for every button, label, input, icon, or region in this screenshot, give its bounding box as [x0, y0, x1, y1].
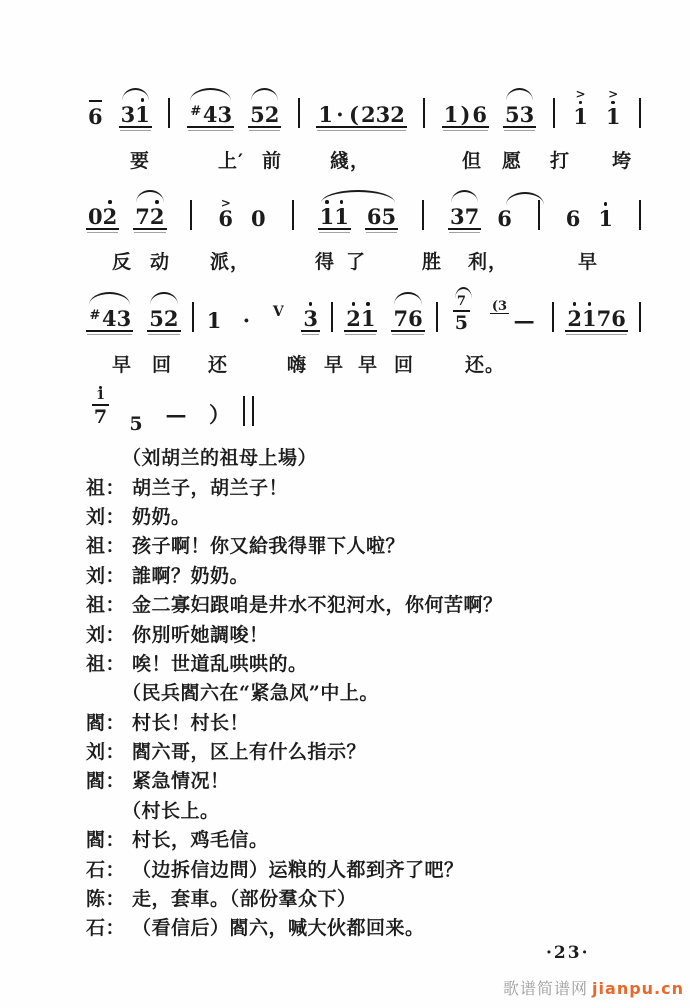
- measure: 2176: [565, 292, 628, 332]
- jianpu-note: 5: [250, 88, 265, 126]
- note-glyph: 2: [103, 206, 118, 228]
- jianpu-note: 6: [472, 88, 487, 126]
- dialogue-row: 刘：奶奶。: [0, 501, 690, 530]
- note-group: 53: [503, 88, 536, 128]
- note-group: (3—: [488, 294, 541, 332]
- note-glyph: 6: [472, 104, 487, 126]
- dialogue-row: 刘：閻六哥，区上有什么指示？: [0, 736, 690, 765]
- jianpu-note: >1: [573, 90, 588, 128]
- note-glyph: 0: [88, 206, 103, 228]
- octave-dot: [309, 302, 313, 306]
- speaker-label: 祖: [86, 531, 106, 558]
- note-group: 6: [564, 192, 583, 230]
- note-group: 17: [88, 386, 113, 426]
- music-system-4: 175—）: [88, 386, 255, 426]
- barline: [423, 98, 425, 128]
- note-group: 11: [318, 190, 351, 230]
- note-glyph: 6: [218, 208, 233, 230]
- lyric-syllable: 垮: [612, 146, 632, 173]
- note-glyph: 3: [303, 308, 318, 330]
- dialogue-text: 金二寡妇跟咱是井水不犯河水，你何苦啊？: [132, 590, 503, 617]
- note-group: 72: [133, 190, 166, 230]
- watermark: 歌谱简谱网jianpu.cn: [503, 976, 684, 999]
- jianpu-note: >1: [606, 90, 621, 128]
- note-glyph: 1: [582, 308, 597, 330]
- stacked-notes: 17: [90, 386, 111, 426]
- measure: 1)653: [442, 88, 537, 128]
- watermark-site-name: 歌谱简谱网: [503, 979, 588, 998]
- jianpu-note: 6: [88, 90, 103, 128]
- speaker-label: 石: [86, 855, 106, 882]
- speaker-colon: ：: [106, 473, 126, 500]
- lyric-syllable: 回: [152, 350, 172, 377]
- score-page: 631#43521·(2321)653>1>1 要上′前綫，但愿打垮 0272>…: [0, 0, 690, 1008]
- dialogue-text: 奶奶。: [132, 502, 191, 529]
- dialogue-row: 刘：誰啊？奶奶。: [0, 560, 690, 589]
- note-glyph: 5: [381, 206, 396, 228]
- dialogue-text: 胡兰子，胡兰子！: [132, 473, 288, 500]
- lyric-syllable: 反: [112, 247, 132, 274]
- dialogue-text: 閻六哥，区上有什么指示？: [132, 737, 366, 764]
- note-glyph: 5: [505, 104, 520, 126]
- upper-note: 7: [457, 296, 466, 307]
- jianpu-note: 6: [408, 292, 423, 330]
- note-glyph: 1: [334, 206, 349, 228]
- measure: #4352: [187, 88, 282, 128]
- barline: [436, 302, 438, 332]
- note-group: 1·(232: [316, 88, 407, 128]
- barline: [331, 302, 333, 332]
- note-glyph: 6: [611, 308, 626, 330]
- measure: 61: [564, 192, 615, 230]
- note-glyph: 3: [117, 308, 132, 330]
- jianpu-note: #: [88, 304, 102, 330]
- measure: 1·V3: [205, 292, 320, 332]
- speaker-label: 刘: [86, 502, 106, 529]
- dialogue-row: 石：（看信后）閻六，喊大伙都回来。: [0, 912, 690, 941]
- note-glyph: 5: [149, 308, 164, 330]
- note-group: 21: [344, 292, 377, 332]
- note-glyph: 5: [129, 413, 142, 435]
- measure: 75(3—: [449, 294, 541, 332]
- note-group: 65: [365, 190, 398, 230]
- octave-dot: [352, 302, 356, 306]
- speaker-colon: ：: [106, 531, 126, 558]
- jianpu-note: 1: [320, 190, 335, 228]
- note-group: 1: [596, 192, 615, 230]
- note-glyph: 6: [367, 206, 382, 228]
- speaker-label: 閻: [86, 708, 106, 735]
- jianpu-note: ): [458, 88, 472, 126]
- measure: 175—）: [88, 386, 232, 426]
- note-glyph: 2: [150, 206, 165, 228]
- note-glyph: 1: [573, 106, 588, 128]
- octave-dot: [366, 302, 370, 306]
- speaker-colon: ：: [106, 855, 126, 882]
- note-group: #43: [187, 88, 234, 128]
- note-glyph: (: [349, 104, 359, 126]
- measure: 631: [86, 88, 152, 128]
- jianpu-note: 5: [505, 88, 520, 126]
- dialogue-row: 刘：你別听她調唆！: [0, 618, 690, 647]
- lyric-syllable: 綫，: [330, 146, 370, 173]
- note-glyph: 1: [444, 104, 459, 126]
- jianpu-note: 1: [334, 190, 349, 228]
- barline: [639, 200, 641, 230]
- dialogue-row: 祖：胡兰子，胡兰子！: [0, 471, 690, 500]
- lyric-syllable: 要: [130, 146, 150, 173]
- speaker-label: 石: [86, 913, 106, 940]
- note-glyph: 4: [203, 104, 218, 126]
- note-glyph: 3: [121, 104, 136, 126]
- lyric-syllable: 早: [578, 247, 598, 274]
- dialogue-text: （看信后）閻六，喊大伙都回来。: [132, 913, 425, 940]
- note-glyph: 1: [318, 104, 333, 126]
- lyric-syllable: 嗨: [287, 350, 307, 377]
- note-glyph: 1: [361, 308, 376, 330]
- barline: [192, 302, 194, 332]
- measure: 2176: [344, 292, 425, 332]
- jianpu-note: (: [347, 88, 361, 126]
- barline: [190, 200, 192, 230]
- page-number: ·23·: [546, 943, 590, 963]
- speaker-label: 閻: [86, 825, 106, 852]
- stage-direction-row: （民兵閻六在“紧急风”中上。: [0, 677, 690, 706]
- stacked-notes: 75: [451, 296, 472, 332]
- jianpu-note: 7: [465, 190, 480, 228]
- barline: [243, 396, 254, 426]
- jianpu-note: —: [161, 388, 191, 426]
- jianpu-note: ·: [239, 294, 253, 332]
- note-group: >6: [216, 192, 235, 230]
- jianpu-note: >6: [218, 192, 233, 230]
- jianpu-note: 5: [149, 292, 164, 330]
- lyrics-line-3: 早回还嗨早早回还。: [0, 350, 690, 376]
- octave-dot: [141, 98, 145, 102]
- speaker-label: 陈: [86, 884, 106, 911]
- speaker-label: 刘: [86, 737, 106, 764]
- note-glyph: 2: [361, 104, 376, 126]
- lyric-syllable: 上′: [218, 146, 244, 173]
- dialogue-text: 孩子啊！你又給我得罪下人啦？: [132, 531, 405, 558]
- dialogue-text: 唉！世道乱哄哄的。: [132, 649, 308, 676]
- lyric-syllable: 愿: [502, 146, 522, 173]
- lyric-syllable: 派，: [210, 247, 250, 274]
- measure: 376: [448, 190, 514, 230]
- barline: [168, 98, 170, 128]
- octave-dot: [155, 200, 159, 204]
- speaker-label: 刘: [86, 620, 106, 647]
- dialogue-text: 你別听她調唆！: [132, 620, 269, 647]
- barline: [422, 200, 424, 230]
- jianpu-note: 2: [361, 88, 376, 126]
- speaker-colon: ：: [106, 884, 126, 911]
- note-group: 6: [86, 90, 105, 128]
- jianpu-note: 3: [376, 88, 391, 126]
- note-glyph: 5: [250, 104, 265, 126]
- lyric-syllable: 但: [462, 146, 482, 173]
- note-glyph: 1: [606, 106, 621, 128]
- stage-direction: （民兵閻六在“紧急风”中上。: [122, 678, 379, 705]
- note-glyph: 3: [376, 104, 391, 126]
- jianpu-note: (3: [490, 303, 509, 332]
- music-system-3: #43521·V3217675(3—2176: [86, 292, 642, 332]
- jianpu-note: 1: [318, 88, 333, 126]
- note-glyph: 2: [567, 308, 582, 330]
- barline: [639, 302, 641, 332]
- jianpu-note: #: [189, 100, 203, 126]
- jianpu-note: 1: [444, 88, 459, 126]
- lower-note: 7: [94, 408, 107, 426]
- note-glyph: 3: [217, 104, 232, 126]
- upper-note: 1: [96, 390, 105, 401]
- measure: 1·(232: [316, 88, 407, 128]
- note-glyph: —: [161, 404, 191, 426]
- dialogue-text: 村长！村长！: [132, 708, 249, 735]
- jianpu-note: 1: [361, 292, 376, 330]
- barline: [553, 98, 555, 128]
- jianpu-note: 6: [497, 192, 512, 230]
- dialogue-text: 誰啊？奶奶。: [132, 561, 249, 588]
- jianpu-note: 2: [164, 292, 179, 330]
- note-group: 6: [495, 192, 514, 230]
- speaker-label: 祖: [86, 649, 106, 676]
- jianpu-note: 2: [150, 190, 165, 228]
- jianpu-note: 3: [121, 88, 136, 126]
- note-glyph: 6: [497, 208, 512, 230]
- overline-mark: [89, 100, 102, 103]
- stage-direction: （刘胡兰的祖母上場）: [122, 443, 317, 470]
- stage-direction: （村长上。: [122, 796, 220, 823]
- note-glyph: 2: [390, 104, 405, 126]
- jianpu-note: 3: [117, 292, 132, 330]
- jianpu-note: 6: [611, 292, 626, 330]
- note-glyph: 6: [88, 106, 103, 128]
- speaker-colon: ：: [106, 766, 126, 793]
- note-glyph: ）: [209, 404, 230, 426]
- note-group: 02: [86, 190, 119, 230]
- note-group: ·: [237, 294, 255, 332]
- dialogue-row: 祖：金二寡妇跟咱是井水不犯河水，你何苦啊？: [0, 589, 690, 618]
- octave-dot: [325, 200, 329, 204]
- dialogue-row: 閻：村长！村长！: [0, 707, 690, 736]
- jianpu-note: V: [271, 306, 285, 332]
- music-system-1: 631#43521·(2321)653>1>1: [86, 88, 642, 128]
- music-system-2: 0272>60116537661: [86, 190, 642, 230]
- dialogue-row: 閻：紧急情况！: [0, 765, 690, 794]
- measure: #4352: [86, 292, 181, 332]
- barline: [552, 302, 554, 332]
- note-group: 2176: [565, 292, 628, 332]
- jianpu-note: 0: [88, 190, 103, 228]
- dialogue-row: 石：（边拆信边問）运粮的人都到齐了吧？: [0, 853, 690, 882]
- stage-direction-row: （刘胡兰的祖母上場）: [0, 442, 690, 471]
- note-glyph: 6: [566, 208, 581, 230]
- barline: [298, 98, 300, 128]
- lyrics-line-2: 反动派，得了胜利，早: [0, 247, 690, 273]
- jianpu-note: 4: [203, 88, 218, 126]
- speaker-colon: ：: [106, 649, 126, 676]
- note-group: ）: [207, 388, 232, 426]
- measure: >1>1: [571, 90, 622, 128]
- note-glyph: 1: [135, 104, 150, 126]
- lyric-syllable: 还: [208, 350, 228, 377]
- lyric-syllable: 动: [150, 247, 170, 274]
- note-glyph: 2: [265, 104, 280, 126]
- lyric-syllable: 了: [346, 247, 366, 274]
- jianpu-note: 5: [381, 190, 396, 228]
- jianpu-note: 1: [598, 192, 613, 230]
- note-glyph: 1: [207, 310, 222, 332]
- jianpu-note: 3: [450, 190, 465, 228]
- lyric-syllable: 打: [550, 146, 570, 173]
- note-group: 1: [205, 294, 224, 332]
- speaker-colon: ：: [106, 913, 126, 940]
- jianpu-note: 1: [207, 294, 222, 332]
- jianpu-note: ·: [333, 88, 347, 126]
- lyric-syllable: 利，: [468, 247, 508, 274]
- note-glyph: 7: [393, 308, 408, 330]
- note-group: 75: [449, 296, 474, 332]
- jianpu-note: 7: [393, 292, 408, 330]
- speaker-colon: ：: [106, 737, 126, 764]
- note-group: >1: [604, 90, 623, 128]
- lyric-syllable: 早: [324, 350, 344, 377]
- dialogue-row: 陈：走，套車。（部份羣众下）: [0, 883, 690, 912]
- note-glyph: 7: [597, 308, 612, 330]
- note-glyph: 2: [346, 308, 361, 330]
- note-glyph: ·: [243, 310, 250, 332]
- jianpu-note: 3: [303, 292, 318, 330]
- note-group: 1)6: [442, 88, 489, 128]
- accent-mark: >: [608, 90, 618, 99]
- jianpu-note: 6: [367, 190, 382, 228]
- note-glyph: 1: [598, 208, 613, 230]
- jianpu-note: 2: [390, 88, 405, 126]
- jianpu-note: 2: [103, 190, 118, 228]
- note-glyph: 6: [408, 308, 423, 330]
- note-glyph: 3: [450, 206, 465, 228]
- lower-note: 5: [455, 314, 468, 332]
- watermark-domain: jianpu.cn: [592, 979, 684, 998]
- lyric-syllable: 还。: [465, 350, 505, 377]
- note-group: 31: [119, 88, 152, 128]
- jianpu-note: 7: [597, 292, 612, 330]
- octave-dot: [108, 200, 112, 204]
- note-group: 3: [301, 292, 320, 332]
- jianpu-note: 0: [251, 192, 266, 230]
- jianpu-note: —: [509, 294, 539, 332]
- note-group: 5: [127, 388, 145, 426]
- note-glyph: (3: [490, 301, 509, 314]
- jianpu-note: 6: [566, 192, 581, 230]
- jianpu-note: 5: [129, 388, 143, 426]
- dialogue-row: 祖：唉！世道乱哄哄的。: [0, 648, 690, 677]
- lyric-syllable: 前: [262, 146, 282, 173]
- jianpu-note: 2: [567, 292, 582, 330]
- note-glyph: 7: [135, 206, 150, 228]
- speaker-colon: ：: [106, 502, 126, 529]
- barline: [639, 98, 641, 128]
- lyric-syllable: 得: [315, 247, 335, 274]
- note-group: —: [159, 388, 193, 426]
- lyric-syllable: 回: [394, 350, 414, 377]
- note-glyph: ·: [336, 104, 343, 126]
- note-glyph: 7: [465, 206, 480, 228]
- dialogue-text: 村长，鸡毛信。: [132, 825, 269, 852]
- jianpu-note: 1: [135, 88, 150, 126]
- jianpu-note: 4: [102, 292, 117, 330]
- speaker-colon: ：: [106, 590, 126, 617]
- lyric-syllable: 早: [358, 350, 378, 377]
- note-glyph: ): [460, 104, 470, 126]
- jianpu-note: 1: [582, 292, 597, 330]
- jianpu-note: 2: [265, 88, 280, 126]
- octave-dot: [573, 302, 577, 306]
- note-group: 52: [248, 88, 281, 128]
- note-glyph: #: [190, 107, 201, 117]
- jianpu-note: ）: [209, 388, 230, 426]
- lyrics-line-1: 要上′前綫，但愿打垮: [0, 146, 690, 172]
- octave-dot: [588, 302, 592, 306]
- dialogue-section: （刘胡兰的祖母上場）祖：胡兰子，胡兰子！刘：奶奶。祖：孩子啊！你又給我得罪下人啦…: [0, 442, 690, 942]
- note-group: >1: [571, 90, 590, 128]
- note-group: 37: [448, 190, 481, 230]
- note-group: V: [269, 306, 287, 332]
- jianpu-note: 3: [520, 88, 535, 126]
- note-glyph: 0: [251, 208, 266, 230]
- stage-direction-row: （村长上。: [0, 795, 690, 824]
- note-glyph: 1: [320, 206, 335, 228]
- speaker-label: 刘: [86, 561, 106, 588]
- speaker-colon: ：: [106, 825, 126, 852]
- jianpu-note: 7: [135, 190, 150, 228]
- octave-dot: [340, 200, 344, 204]
- barline: [292, 200, 294, 230]
- note-glyph: 2: [164, 308, 179, 330]
- lyric-syllable: 胜: [422, 247, 442, 274]
- dialogue-row: 祖：孩子啊！你又給我得罪下人啦？: [0, 530, 690, 559]
- jianpu-note: 3: [217, 88, 232, 126]
- lyric-syllable: 早: [112, 350, 132, 377]
- dialogue-text: 紧急情况！: [132, 766, 230, 793]
- measure: 0272: [86, 190, 167, 230]
- note-glyph: 3: [520, 104, 535, 126]
- note-glyph: #: [90, 311, 101, 321]
- speaker-colon: ：: [106, 561, 126, 588]
- speaker-colon: ：: [106, 620, 126, 647]
- octave-dot: [604, 202, 608, 206]
- speaker-label: 祖: [86, 473, 106, 500]
- note-glyph: —: [509, 310, 539, 332]
- dialogue-text: （边拆信边問）运粮的人都到齐了吧？: [132, 855, 464, 882]
- dialogue-text: 走，套車。（部份羣众下）: [132, 884, 357, 911]
- accent-mark: >: [576, 90, 586, 99]
- speaker-label: 閻: [86, 766, 106, 793]
- speaker-label: 祖: [86, 590, 106, 617]
- measure: >60: [216, 192, 267, 230]
- dialogue-row: 閻：村长，鸡毛信。: [0, 824, 690, 853]
- speaker-colon: ：: [106, 708, 126, 735]
- note-glyph: V: [273, 307, 284, 317]
- note-glyph: 4: [102, 308, 117, 330]
- note-group: 52: [147, 292, 180, 332]
- note-group: 76: [391, 292, 424, 332]
- jianpu-note: 2: [346, 292, 361, 330]
- note-group: 0: [249, 192, 268, 230]
- note-group: #43: [86, 292, 133, 332]
- measure: 1165: [318, 190, 399, 230]
